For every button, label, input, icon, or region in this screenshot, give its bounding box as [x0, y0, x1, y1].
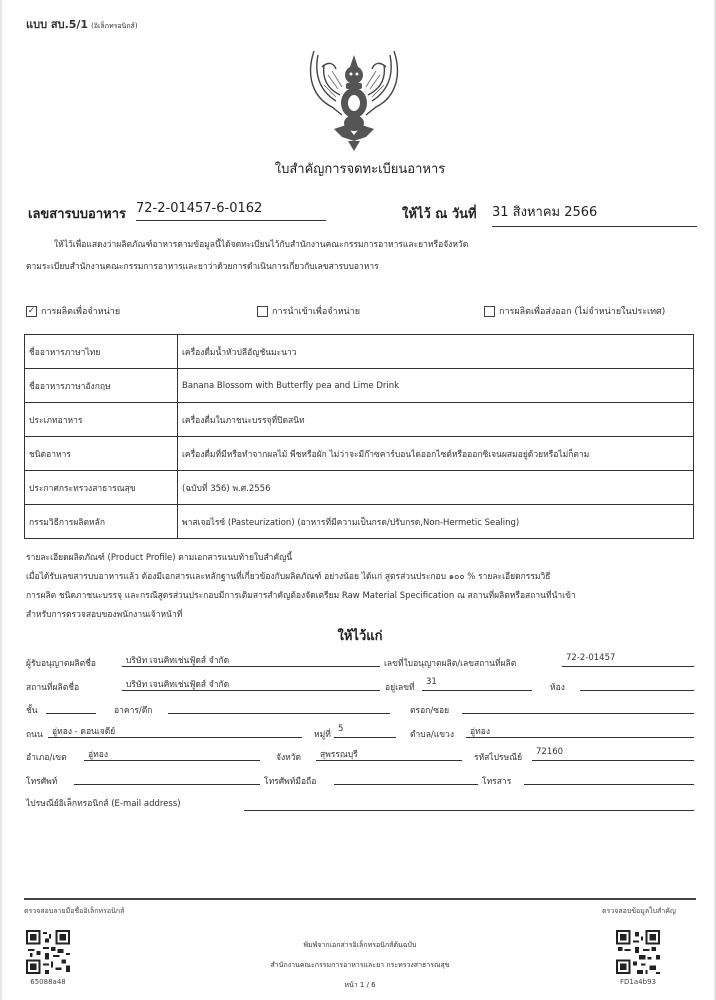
- floor-label: ชั้น: [26, 703, 38, 717]
- row-label: กรรมวิธีการผลิตหลัก: [25, 505, 178, 539]
- intro-text-line1: ให้ไว้เพื่อแสดงว่าผลิตภัณฑ์อาหารตามข้อมู…: [54, 237, 468, 251]
- licensee-value: บริษัท เจนคิทเช่นฟู้ดส์ จำกัด: [122, 653, 380, 667]
- postcode-value: 72160: [532, 747, 694, 761]
- subdistrict-value: อู่ทอง: [466, 724, 694, 738]
- fax-value: [524, 771, 694, 785]
- granted-to-heading: ให้ไว้แก่: [2, 625, 716, 646]
- license-number-value: 72-2-01457: [562, 653, 694, 667]
- certificate-verify-label: ตรวจสอบข้อมูลใบสำคัญ: [602, 906, 676, 917]
- page-indicator: หน้า 1 / 6: [2, 980, 716, 991]
- district-label: อำเภอ/เขต: [26, 750, 67, 764]
- issue-date-label: ให้ไว้ ณ วันที่: [402, 203, 477, 224]
- table-row: ประเภทอาหาร เครื่องดื่มในภาชนะบรรจุที่ปิ…: [25, 403, 694, 437]
- building-label: อาคาร/ตึก: [114, 703, 152, 717]
- footer-divider: [24, 898, 696, 900]
- table-row: ชื่ออาหารภาษาอังกฤษ Banana Blossom with …: [25, 369, 694, 403]
- phone-label: โทรศัพท์: [26, 774, 57, 788]
- document-title: ใบสำคัญการจดทะเบียนอาหาร: [2, 158, 716, 179]
- address-number-label: อยู่เลขที่: [385, 680, 415, 694]
- alley-label: ตรอก/ซอย: [410, 703, 449, 717]
- row-value: เครื่องดื่มน้ำหัวปลีอัญชันมะนาว: [178, 335, 694, 369]
- building-value: [168, 700, 390, 714]
- row-label: ชื่ออาหารภาษาไทย: [25, 335, 178, 369]
- license-number-label: เลขที่ใบอนุญาตผลิต/เลขสถานที่ผลิต: [384, 656, 516, 670]
- notes-line1: รายละเอียดผลิตภัณฑ์ (Product Profile) ตา…: [26, 549, 696, 568]
- notes-line2: เมื่อได้รับเลขสารบบอาหารแล้ว ต้องมีเอกสา…: [26, 568, 696, 587]
- signature-verify-label: ตรวจสอบลายมือชื่ออิเล็กทรอนิกส์: [24, 906, 124, 917]
- purpose-option-label: การนำเข้าเพื่อจำหน่าย: [272, 304, 360, 318]
- notes-line4: สำหรับการตรวจสอบของพนักงานเจ้าหน้าที่: [26, 606, 696, 625]
- signature-qr-block[interactable]: 65088a48: [26, 930, 70, 986]
- checkbox-unchecked-icon: [484, 306, 495, 317]
- row-value: Banana Blossom with Butterfly pea and Li…: [178, 369, 694, 403]
- licensee-label: ผู้รับอนุญาตผลิตชื่อ: [26, 656, 96, 670]
- moo-value: 5: [334, 724, 396, 738]
- garuda-emblem-icon: [302, 45, 406, 153]
- footer-agency: สำนักงานคณะกรรมการอาหารและยา กระทรวงสาธา…: [2, 960, 716, 971]
- road-value: อู่ทอง - ดอนเจดีย์: [48, 724, 302, 738]
- checkbox-unchecked-icon: [257, 306, 268, 317]
- district-value: อู่ทอง: [84, 747, 260, 761]
- intro-text-line2: ตามระเบียบสำนักงานคณะกรรมการอาหารและยาว่…: [26, 259, 379, 273]
- checkbox-checked-icon: ✓: [26, 306, 37, 317]
- row-label: ประกาศกระทรวงสาธารณสุข: [25, 471, 178, 505]
- form-code-note: (อิเล็กทรอนิกส์): [91, 22, 137, 30]
- email-label: ไปรษณีย์อิเล็กทรอนิกส์ (E-mail address): [26, 796, 181, 810]
- room-label: ห้อง: [550, 680, 565, 694]
- issue-date-value: 31 สิงหาคม 2566: [492, 201, 697, 227]
- room-value: [580, 677, 694, 691]
- purpose-option-label: การผลิตเพื่อส่งออก (ไม่จำหน่ายในประเทศ): [499, 304, 665, 318]
- form-code: แบบ สบ.5/1(อิเล็กทรอนิกส์): [26, 15, 138, 33]
- row-label: ชนิดอาหาร: [25, 437, 178, 471]
- moo-label: หมู่ที่: [314, 727, 331, 741]
- purpose-option-export: การผลิตเพื่อส่งออก (ไม่จำหน่ายในประเทศ): [484, 304, 665, 318]
- email-value: [244, 797, 694, 811]
- purpose-option-production: ✓ การผลิตเพื่อจำหน่าย: [26, 304, 120, 318]
- road-label: ถนน: [26, 727, 43, 741]
- site-label: สถานที่ผลิตชื่อ: [26, 680, 79, 694]
- table-row: ชื่ออาหารภาษาไทย เครื่องดื่มน้ำหัวปลีอัญ…: [25, 335, 694, 369]
- site-value: บริษัท เจนคิทเช่นฟู้ดส์ จำกัด: [122, 677, 380, 691]
- table-row: ประกาศกระทรวงสาธารณสุข (ฉบับที่ 356) พ.ศ…: [25, 471, 694, 505]
- product-info-table: ชื่ออาหารภาษาไทย เครื่องดื่มน้ำหัวปลีอัญ…: [24, 334, 694, 539]
- purpose-option-label: การผลิตเพื่อจำหน่าย: [41, 304, 120, 318]
- row-value: (ฉบับที่ 356) พ.ศ.2556: [178, 471, 694, 505]
- province-value: สุพรรณบุรี: [316, 747, 462, 761]
- row-value: พาสเจอไรซ์ (Pasteurization) (อาหารที่มีค…: [178, 505, 694, 539]
- phone-value: [74, 771, 260, 785]
- fax-label: โทรสาร: [482, 774, 511, 788]
- purpose-option-import: การนำเข้าเพื่อจำหน่าย: [257, 304, 360, 318]
- row-label: ชื่ออาหารภาษาอังกฤษ: [25, 369, 178, 403]
- registration-number-label: เลขสารบบอาหาร: [28, 203, 126, 224]
- row-label: ประเภทอาหาร: [25, 403, 178, 437]
- province-label: จังหวัด: [276, 750, 301, 764]
- alley-value: [462, 700, 694, 714]
- postcode-label: รหัสไปรษณีย์: [474, 750, 522, 764]
- row-value: เครื่องดื่มในภาชนะบรรจุที่ปิดสนิท: [178, 403, 694, 437]
- table-row: ชนิดอาหาร เครื่องดื่มที่มีหรือทำจากผลไม้…: [25, 437, 694, 471]
- form-code-text: แบบ สบ.5/1: [26, 18, 88, 31]
- registration-number-value: 72-2-01457-6-0162: [136, 201, 326, 221]
- certificate-qr-block[interactable]: FD1a4b93: [616, 930, 660, 986]
- document-page: แบบ สบ.5/1(อิเล็กทรอนิกส์): [0, 0, 716, 1000]
- mobile-value: [334, 771, 478, 785]
- subdistrict-label: ตำบล/แขวง: [410, 727, 454, 741]
- floor-value: [46, 700, 96, 714]
- row-value: เครื่องดื่มที่มีหรือทำจากผลไม้ พืชหรือผั…: [178, 437, 694, 471]
- mobile-label: โทรศัพท์มือถือ: [264, 774, 316, 788]
- address-number-value: 31: [422, 677, 532, 691]
- table-row: กรรมวิธีการผลิตหลัก พาสเจอไรซ์ (Pasteuri…: [25, 505, 694, 539]
- notes-line3: การผลิต ชนิดภาชนะบรรจุ และกรณีสูตรส่วนปร…: [26, 587, 696, 606]
- footer-printed-from: พิมพ์จากเอกสารอิเล็กทรอนิกส์ต้นฉบับ: [2, 940, 716, 951]
